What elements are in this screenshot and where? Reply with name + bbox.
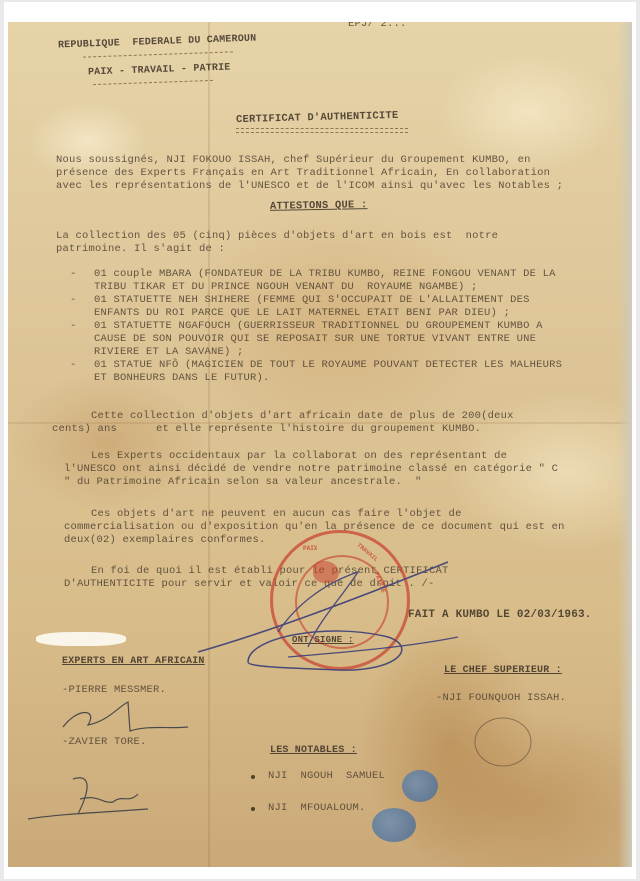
unesco-line-3: " du Patrimoine Africain selon sa valeur… xyxy=(64,476,422,489)
age-line-1: Cette collection d'objets d'art africain… xyxy=(52,410,514,423)
item-3-line-1: 01 STATUETTE NGAFOUCH (GUERRISSEUR TRADI… xyxy=(94,320,543,333)
bullet-icon xyxy=(251,807,255,811)
chief-name: -NJI FOUNQUOH ISSAH. xyxy=(436,692,566,705)
chief-heading: LE CHEF SUPERIEUR : xyxy=(444,664,562,677)
item-2-line-1: 01 STATUETTE NEH SHIHERE (FEMME QUI S'OC… xyxy=(94,294,530,307)
notables-heading: LES NOTABLES : xyxy=(270,744,357,757)
item-1-line-1: 01 couple MBARA (FONDATEUR DE LA TRIBU K… xyxy=(94,268,556,281)
attest-heading: ATTESTONS QUE : xyxy=(270,199,368,214)
reference-number: EPJ/ 2... xyxy=(348,22,407,31)
experts-heading: EXPERTS EN ART AFRICAIN xyxy=(62,655,205,668)
paper-tear xyxy=(36,632,126,646)
fingerprint-2 xyxy=(372,808,416,842)
chief-signature-small xyxy=(468,712,538,772)
age-line-2: cents) ans et elle représente l'histoire… xyxy=(52,423,481,436)
unesco-line-1: Les Experts occidentaux par la collabora… xyxy=(52,450,507,463)
unesco-line-2: l'UNESCO ont ainsi décidé de vendre notr… xyxy=(64,463,558,476)
paper-edge xyxy=(618,22,632,867)
item-dash: - xyxy=(70,320,77,333)
item-dash: - xyxy=(70,359,77,372)
commerce-line-2: commercialisation ou d'exposition qu'en … xyxy=(64,521,565,534)
expert-1-signature xyxy=(58,697,198,737)
chief-signature xyxy=(188,542,468,682)
notable-2: NJI MFOUALOUM. xyxy=(268,802,366,815)
collection-line-1: La collection des 05 (cinq) pièces d'obj… xyxy=(56,230,498,243)
bullet-icon xyxy=(251,775,255,779)
certificate-document: EPJ/ 2... REPUBLIQUE FEDERALE DU CAMEROU… xyxy=(8,22,632,867)
paper-fold-vertical xyxy=(208,22,210,867)
collection-line-2: patrimoine. Il s'agit de : xyxy=(56,243,225,256)
expert-2: -ZAVIER TORE. xyxy=(62,736,147,749)
item-4-line-2: ET BONHEURS DANS LE FUTUR). xyxy=(94,372,270,385)
republic-header: REPUBLIQUE FEDERALE DU CAMEROUN xyxy=(58,33,257,53)
intro-line-2: présence des Experts Français en Art Tra… xyxy=(56,167,550,180)
header-divider xyxy=(83,51,233,57)
expert-1: -PIERRE MESSMER. xyxy=(62,684,166,697)
intro-line-3: avec les représentations de l'UNESCO et … xyxy=(56,180,563,193)
item-dash: - xyxy=(70,268,77,281)
item-3-line-2: CAUSE DE SON POUVOIR QUI SE REPOSAIT SUR… xyxy=(94,333,536,346)
item-3-line-3: RIVIERE ET LA SAVANE) ; xyxy=(94,346,244,359)
item-dash: - xyxy=(70,294,77,307)
motto-divider xyxy=(93,80,213,85)
item-1-line-2: TRIBU TIKAR ET DU PRINCE NGOUH VENANT DU… xyxy=(94,281,478,294)
expert-2-signature xyxy=(18,774,158,824)
item-4-line-1: 01 STATUE NFÔ (MAGICIEN DE TOUT LE ROYAU… xyxy=(94,359,562,372)
page-frame: EPJ/ 2... REPUBLIQUE FEDERALE DU CAMEROU… xyxy=(4,2,636,879)
item-2-line-2: ENFANTS DU ROI PARCE QUE LE LAIT MATERNE… xyxy=(94,307,510,320)
notable-1: NJI NGOUH SAMUEL xyxy=(268,770,385,783)
certificate-title: CERTIFICAT D'AUTHENTICITE xyxy=(236,110,399,127)
fingerprint-1 xyxy=(402,770,438,802)
title-underline xyxy=(236,128,408,129)
commerce-line-1: Ces objets d'art ne peuvent en aucun cas… xyxy=(52,508,462,521)
title-underline-2 xyxy=(236,132,408,133)
intro-line-1: Nous soussignés, NJI FOKOUO ISSAH, chef … xyxy=(56,154,531,167)
